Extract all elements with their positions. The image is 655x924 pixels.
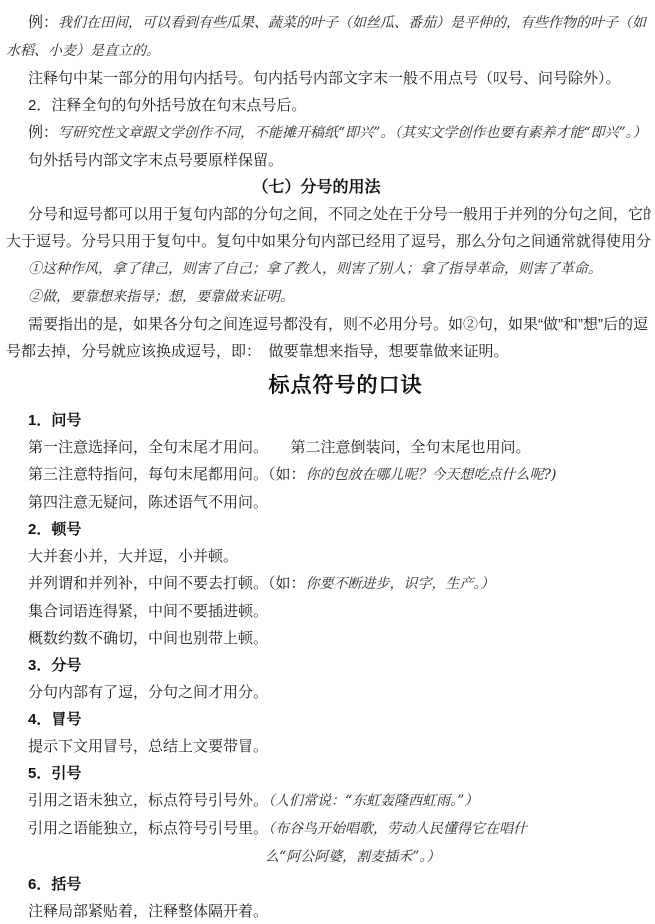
body-text: 提示下文用冒号，总结上文要带冒。 xyxy=(28,738,268,755)
text-line: 例：我们在田间，可以看到有些瓜果、蔬菜的叶子（如丝瓜、番茄）是平伸的，有些作物的… xyxy=(6,9,651,37)
heading-text: 标点符号的口诀 xyxy=(269,374,423,397)
body-text: 第三注意特指问，每句末尾都用问。（如： xyxy=(28,466,306,483)
body-text: 大并套小并，大并逗，小并顿。 xyxy=(28,548,238,565)
section-heading: （七）分号的用法 xyxy=(6,174,651,201)
text-line: ②做，要靠想来指导；想，要靠做来证明。 xyxy=(6,283,651,311)
body-text: 例： xyxy=(28,124,58,141)
body-text: 例： xyxy=(28,14,58,31)
text-line: 句外括号内部文字末点号要原样保留。 xyxy=(6,147,651,174)
body-text: 注释句中某一部分的用句内括号。句内括号内部文字末一般不用点号（叹号、问号除外）。 xyxy=(28,70,621,87)
heading-text: 6．括号 xyxy=(28,876,81,893)
text-line: 号都去掉，分号就应该换成逗号，即： 做要靠想来指导，想要靠做来证明。 xyxy=(6,338,651,365)
text-line: 第四注意无疑问，陈述语气不用问。 xyxy=(6,489,651,516)
body-text: 大于逗号。分号只用于复句中。复句中如果分句内部已经用了逗号，那么分句之间通常就得… xyxy=(6,233,651,250)
text-line: 第一注意选择问，全句末尾才用问。 第二注意倒装问，全句末尾也用问。 xyxy=(6,434,651,461)
body-text: 需要指出的是，如果各分句之间连逗号都没有，则不必用分号。如②句，如果“做”和”想… xyxy=(28,316,648,333)
body-text: 2．注释全句的句外括号放在句末点号后。 xyxy=(28,97,306,114)
body-text: 分句内部有了逗，分句之间才用分。 xyxy=(28,684,268,701)
text-line: 注释句中某一部分的用句内括号。句内括号内部文字末一般不用点号（叹号、问号除外）。 xyxy=(6,65,651,92)
body-text: 集合词语连得紧，中间不要插进顿。 xyxy=(28,603,268,620)
text-line: 需要指出的是，如果各分句之间连逗号都没有，则不必用分号。如②句，如果“做”和”想… xyxy=(6,311,651,338)
body-text: 第四注意无疑问，陈述语气不用问。 xyxy=(28,494,268,511)
text-line: 提示下文用冒号，总结上文要带冒。 xyxy=(6,733,651,760)
rule-heading: 3．分号 xyxy=(6,652,651,679)
text-line: 集合词语连得紧，中间不要插进顿。 xyxy=(6,598,651,625)
body-text: 概数约数不确切，中间也别带上顿。 xyxy=(28,630,268,647)
body-text: 分号和逗号都可以用于复句内部的分句之间，不同之处在于分号一般用于并列的分句之间，… xyxy=(28,206,651,223)
heading-text: 3．分号 xyxy=(28,657,81,674)
example-text: （布谷鸟开始唱歌，劳动人民懂得它在唱什 xyxy=(268,821,527,837)
text-line: 分句内部有了逗，分句之间才用分。 xyxy=(6,679,651,706)
example-text: ②做，要靠想来指导；想，要靠做来证明。 xyxy=(28,289,294,305)
text-line: 例：写研究性文章跟文学创作不同，不能摊开稿纸“即兴”。（其实文学创作也要有素养才… xyxy=(6,119,651,147)
body-text: 注释局部紧贴着，注释整体隔开着。 xyxy=(28,903,268,920)
text-line: 水稻、小麦）是直立的。 xyxy=(6,37,651,65)
heading-text: 5．引号 xyxy=(28,765,81,782)
text-line: 大并套小并，大并逗，小并顿。 xyxy=(6,543,651,570)
heading-text: 1．问号 xyxy=(28,412,81,429)
text-line: 大于逗号。分号只用于复句中。复句中如果分句内部已经用了逗号，那么分句之间通常就得… xyxy=(6,228,651,255)
body-text: 号都去掉，分号就应该换成逗号，即： 做要靠想来指导，想要靠做来证明。 xyxy=(6,343,509,360)
example-text: 你要不断进步，识字，生产。） xyxy=(306,576,495,592)
example-text: 你的包放在哪儿呢？今天想吃点什么呢?) xyxy=(306,467,557,483)
body-text: 第一注意选择问，全句末尾才用问。 第二注意倒装问，全句末尾也用问。 xyxy=(28,439,531,456)
body-text: 引用之语未独立，标点符号引号外。 xyxy=(28,792,268,809)
example-text: 水稻、小麦）是直立的。 xyxy=(6,43,160,59)
heading-text: （七）分号的用法 xyxy=(252,179,380,196)
rule-heading: 6．括号 xyxy=(6,871,651,898)
text-line: 并列谓和并列补，中间不要去打顿。（如：你要不断进步，识字，生产。） xyxy=(6,570,651,598)
body-text: 句外括号内部文字末点号要原样保留。 xyxy=(28,152,283,169)
example-text: （人们常说：“东虹轰隆西虹雨。”） xyxy=(268,793,478,809)
rule-heading: 1．问号 xyxy=(6,407,651,434)
example-text: 我们在田间，可以看到有些瓜果、蔬菜的叶子（如丝瓜、番茄）是平伸的，有些作物的叶子… xyxy=(58,15,646,31)
example-text: ①这种作风，拿了律己，则害了自己；拿了教人，则害了别人；拿了指导革命，则害了革命… xyxy=(28,261,602,277)
heading-text: 4．冒号 xyxy=(28,711,81,728)
example-text: 么“阿公阿婆，割麦插禾”。） xyxy=(265,849,440,865)
rule-heading: 2．顿号 xyxy=(6,516,651,543)
text-line: 概数约数不确切，中间也别带上顿。 xyxy=(6,625,651,652)
example-text: 写研究性文章跟文学创作不同，不能摊开稿纸“即兴”。（其实文学创作也要有素养才能“… xyxy=(58,125,647,141)
text-line: ①这种作风，拿了律己，则害了自己；拿了教人，则害了别人；拿了指导革命，则害了革命… xyxy=(6,255,651,283)
body-text: 并列谓和并列补，中间不要去打顿。（如： xyxy=(28,575,306,592)
rule-heading: 5．引号 xyxy=(6,760,651,787)
text-line: 注释局部紧贴着，注释整体隔开着。 xyxy=(6,898,651,924)
body-text: 引用之语能独立，标点符号引号里。 xyxy=(28,820,268,837)
rule-heading: 4．冒号 xyxy=(6,706,651,733)
text-line: 第三注意特指问，每句末尾都用问。（如：你的包放在哪儿呢？今天想吃点什么呢?) xyxy=(6,461,651,489)
heading-text: 2．顿号 xyxy=(28,521,81,538)
document-page: 例：我们在田间，可以看到有些瓜果、蔬菜的叶子（如丝瓜、番茄）是平伸的，有些作物的… xyxy=(0,0,655,924)
text-line: 么“阿公阿婆，割麦插禾”。） xyxy=(6,843,651,871)
text-line: 引用之语能独立，标点符号引号里。（布谷鸟开始唱歌，劳动人民懂得它在唱什 xyxy=(6,815,651,843)
text-line: 分号和逗号都可以用于复句内部的分句之间，不同之处在于分号一般用于并列的分句之间，… xyxy=(6,201,651,228)
doc-title: 标点符号的口诀 xyxy=(6,365,651,407)
text-line: 引用之语未独立，标点符号引号外。（人们常说：“东虹轰隆西虹雨。”） xyxy=(6,787,651,815)
text-line: 2．注释全句的句外括号放在句末点号后。 xyxy=(6,92,651,119)
